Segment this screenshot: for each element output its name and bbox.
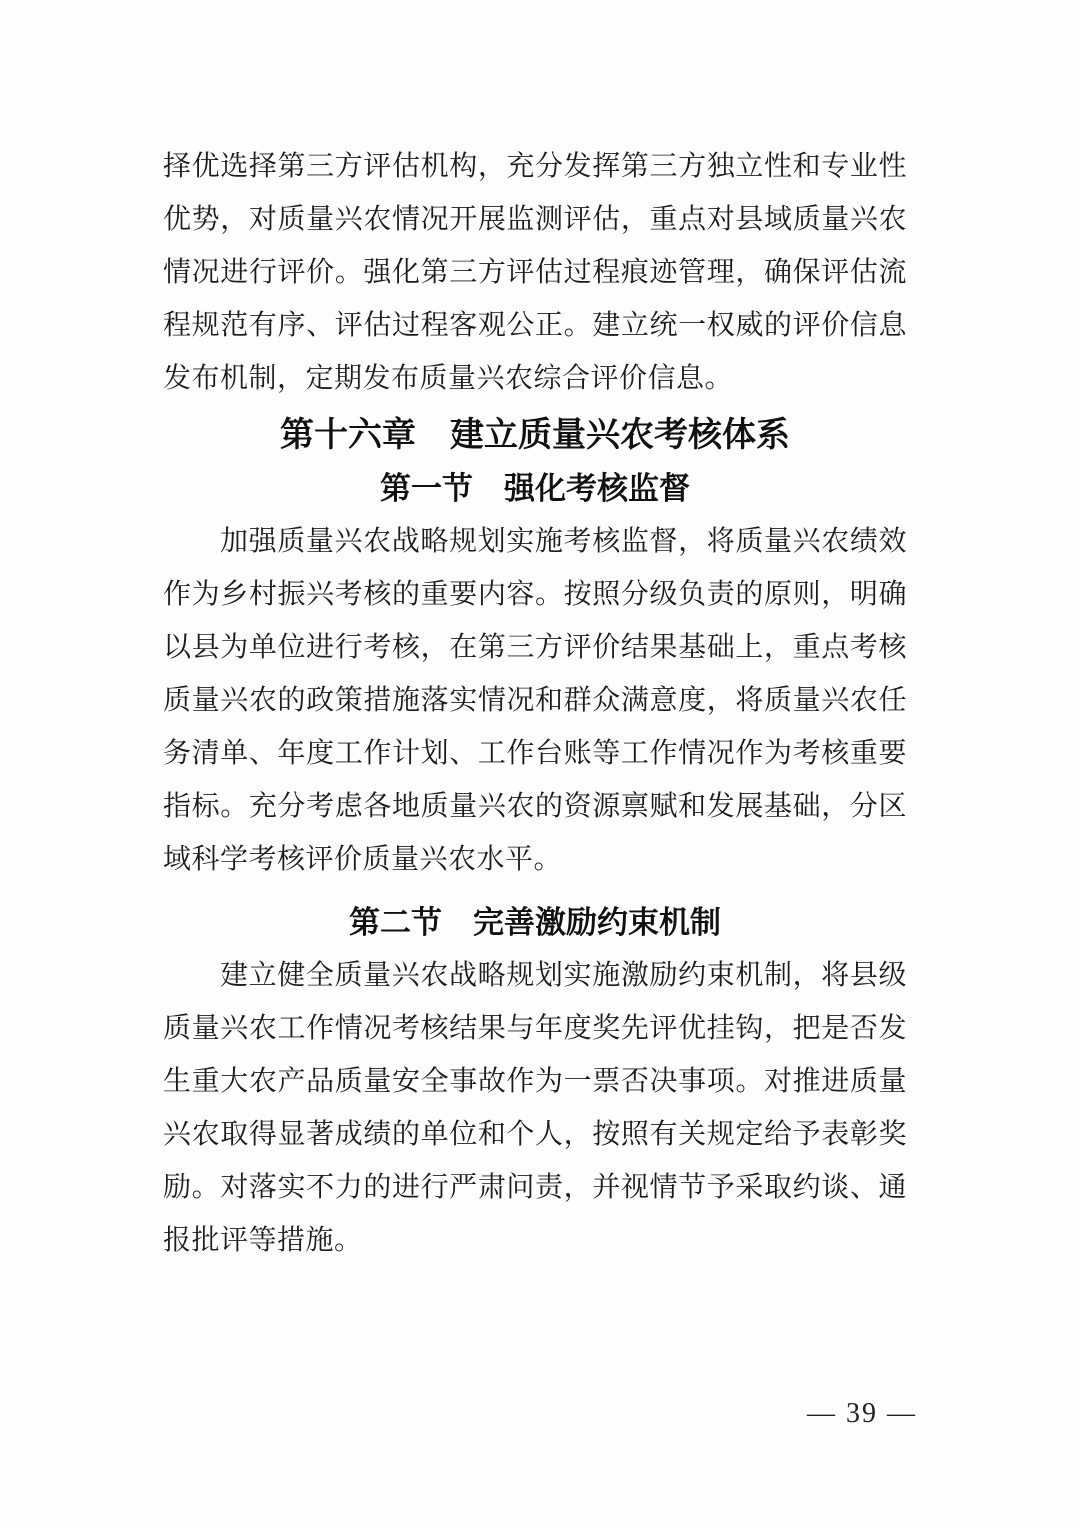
- page-number: — 39 —: [807, 1398, 917, 1430]
- section-2-body: 建立健全质量兴农战略规划实施激励约束机制，将县级质量兴农工作情况考核结果与年度奖…: [163, 949, 907, 1267]
- chapter-heading: 第十六章 建立质量兴农考核体系: [163, 409, 907, 462]
- continuation-paragraph: 择优选择第三方评估机构，充分发挥第三方独立性和专业性优势，对质量兴农情况开展监测…: [163, 140, 907, 405]
- section-1-body: 加强质量兴农战略规划实施考核监督，将质量兴农绩效作为乡村振兴考核的重要内容。按照…: [163, 515, 907, 886]
- document-page: 择优选择第三方评估机构，充分发挥第三方独立性和专业性优势，对质量兴农情况开展监测…: [0, 0, 1080, 1528]
- section-2-heading: 第二节 完善激励约束机制: [163, 896, 907, 949]
- document-content: 择优选择第三方评估机构，充分发挥第三方独立性和专业性优势，对质量兴农情况开展监测…: [0, 0, 1080, 1267]
- section-1-heading: 第一节 强化考核监督: [163, 462, 907, 515]
